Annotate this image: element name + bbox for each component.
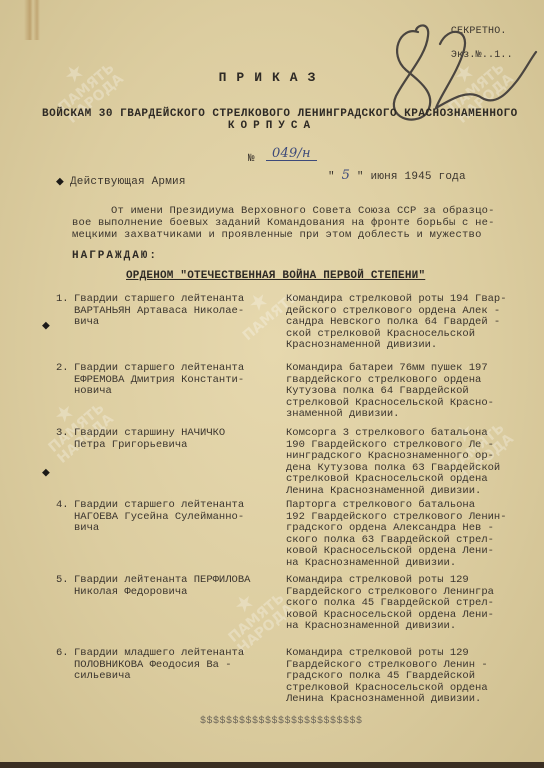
entry-number: 2. [56,363,69,375]
document-page: ★ ПАМЯТЬ НАРОДА ★ ПАМЯТЬ НАРОДА ★ ПАМЯТЬ… [0,0,544,768]
awardee-name-line: Гвардии старшего лейтенанта [74,294,284,306]
awardee-name-line: Николая Федоровича [74,587,284,599]
awardee-position-line: на Краснознаменной дивизии. [286,621,536,633]
awardee-position: Командира стрелковой роты 129Гвардейског… [286,575,536,633]
entry-number: 1. [56,294,69,306]
awardee-name: Гвардии старшего лейтенантаНАГОЕВА Гусей… [74,500,284,535]
awardee-position-line: Командира стрелковой роты 194 Гвар- [286,294,536,306]
awardee-position-line: стрелковой Красносельской ордена [286,474,536,486]
document-subtitle-continued: КОРПУСА [0,120,544,132]
intro-line: вое выполнение боевых заданий Командован… [72,217,532,229]
document-subtitle: ВОЙСКАМ 30 ГВАРДЕЙСКОГО СТРЕЛКОВОГО ЛЕНИ… [42,108,518,120]
entry-number: 4. [56,500,69,512]
awardee-position-line: Краснознаменной дивизии. [286,340,536,352]
awardee-name-line: Гвардии лейтенанта ПЕРФИЛОВА [74,575,284,587]
awardee-name-line: НАГОЕВА Гусейна Сулейманно- [74,512,284,524]
award-verb: НАГРАЖДАЮ: [72,250,158,262]
date-rest: " июня 1945 года [357,171,466,183]
awardee-name-line: Гвардии старшего лейтенанта [74,500,284,512]
awardee-position-line: Командира стрелковой роты 129 [286,648,536,660]
awardee-position-line: Командира стрелковой роты 129 [286,575,536,587]
copy-number: Экз.№..1.. [451,50,513,61]
awardee-name-line: Гвардии младшего лейтенанта [74,648,284,660]
marker-icon: ◆ [42,465,50,480]
order-number-label: № [248,153,255,165]
date-quote: " [328,171,335,183]
awardee-name-line: ВАРТАНЬЯН Артаваса Николае- [74,306,284,318]
awardee-name-line: Петра Григорьевича [74,440,284,452]
intro-paragraph: От имени Президиума Верховного Совета Со… [72,205,532,241]
marker-icon: ◆ [56,174,64,189]
awardee-name-line: сильевича [74,671,284,683]
awardee-position-line: Ленина Краснознаменной дивизии. [286,486,536,498]
intro-line: мецкими захватчиками и проявленные при э… [72,229,532,241]
order-name: ОРДЕНОМ "ОТЕЧЕСТВЕННАЯ ВОЙНА ПЕРВОЙ СТЕП… [126,270,425,282]
watermark-text: ПАМЯТЬ [226,590,288,646]
entry-number: 6. [56,648,69,660]
awardee-position-line: градского ордена Александра Нев - [286,523,536,535]
location: Действующая Армия [70,176,186,188]
entry-number: 5. [56,575,69,587]
awardee-position-line: градского полка 45 Гвардейской [286,671,536,683]
awardee-name: Гвардии старшего лейтенантаВАРТАНЬЯН Арт… [74,294,284,329]
awardee-position-line: Командира батареи 76мм пушек 197 [286,363,536,375]
awardee-name: Гвардии младшего лейтенантаПОЛОВНИКОВА Ф… [74,648,284,683]
marker-icon: ◆ [42,318,50,333]
intro-line: От имени Президиума Верховного Совета Со… [72,205,532,217]
separator-line: $$$$$$$$$$$$$$$$$$$$$$$$$ [200,716,363,728]
awardee-name-line: вича [74,317,284,329]
classification-label: СЕКРЕТНО. [451,26,507,37]
order-number: 049/н [266,148,317,161]
awardee-name-line: Гвардии старшину НАЧИЧКО [74,428,284,440]
awardee-name: Гвардии старшего лейтенантаЕФРЕМОВА Дмит… [74,363,284,398]
classification-block: СЕКРЕТНО. Экз.№..1.. [426,14,513,74]
awardee-position-line: Кутузова полка 64 Гвардейской [286,386,536,398]
awardee-position-line: Ленина Краснознаменной дивизии. [286,694,536,706]
awardee-name-line: новича [74,386,284,398]
awardee-position-line: Комсорга 3 стрелкового батальона [286,428,536,440]
awardee-name: Гвардии старшину НАЧИЧКОПетра Григорьеви… [74,428,284,451]
awardee-position-line: сандра Невского полка 64 Гвардей - [286,317,536,329]
awardee-position-line: Парторга стрелкового батальона [286,500,536,512]
document-title: ПРИКАЗ [0,72,544,84]
awardee-name-line: Гвардии старшего лейтенанта [74,363,284,375]
awardee-position: Комсорга 3 стрелкового батальона190 Гвар… [286,428,536,497]
awardee-position: Командира стрелковой роты 194 Гвар-дейск… [286,294,536,352]
order-date: " 5 " июня 1945 года [328,170,466,183]
awardee-position-line: ского полка 45 Гвардейской стрел- [286,598,536,610]
entry-number: 3. [56,428,69,440]
paper-stain [24,0,44,40]
awardee-name-line: вича [74,523,284,535]
awardee-name: Гвардии лейтенанта ПЕРФИЛОВАНиколая Федо… [74,575,284,598]
date-day: 5 [342,168,350,183]
awardee-position-line: ковой Красносельской ордена Лени- [286,546,536,558]
awardee-position-line: на Краснознаменной дивизии. [286,558,536,570]
awardee-position: Парторга стрелкового батальона192 Гварде… [286,500,536,569]
awardee-position: Командира батареи 76мм пушек 197гвардейс… [286,363,536,421]
awardee-position-line: нинградского Краснознаменного ор- [286,451,536,463]
awardee-position: Командира стрелковой роты 129Гвардейског… [286,648,536,706]
awardee-position-line: знаменной дивизии. [286,409,536,421]
